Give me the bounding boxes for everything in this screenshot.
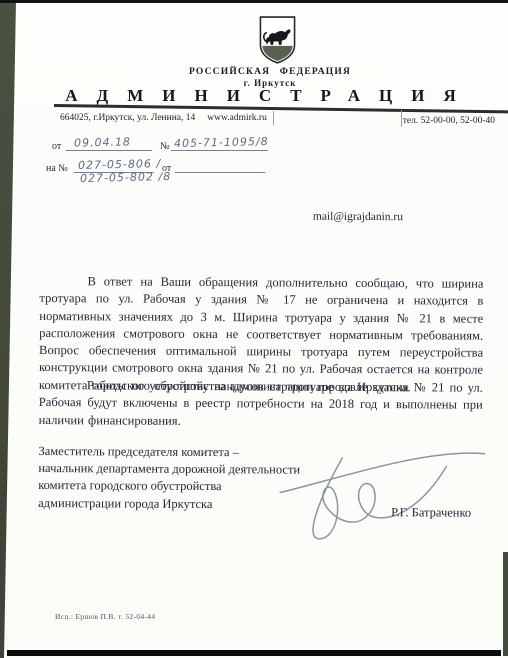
scan-edge-top — [0, 0, 508, 3]
irkutsk-coat-of-arms-icon — [258, 15, 297, 65]
signature-autograph — [274, 437, 490, 556]
reply-date-field — [175, 160, 265, 173]
signer-position: Заместитель председателя комитета – нача… — [38, 443, 300, 513]
reply-number-label: на № — [46, 163, 68, 174]
scanned-letter-page: РОССИЙСКАЯ ФЕДЕРАЦИЯ г. Иркутск АДМИНИСТ… — [0, 0, 508, 658]
executor-note: Исп.: Ершов П.В. т. 52-04-44 — [55, 612, 155, 621]
scan-edge-right — [503, 552, 508, 656]
shield-base — [262, 46, 292, 61]
signer-position-line: администрации города Иркутска — [38, 495, 300, 514]
scan-edge-bottom — [7, 650, 501, 656]
signer-position-line: начальник департамента дорожной деятельн… — [38, 460, 300, 479]
outgoing-date-label: от — [52, 141, 61, 152]
letterhead-address-line: 664025, г.Иркутск, ул. Ленина, 14www.adm… — [60, 113, 267, 123]
letterhead-organization: АДМИНИСТРАЦИЯ — [0, 86, 508, 106]
body-paragraph-2: Работы по устройству пандусов на тротуар… — [39, 377, 483, 432]
signer-position-line: комитета городского обустройства — [38, 477, 300, 496]
recipient-email: mail@igrajdanin.ru — [313, 211, 403, 224]
letterhead-country: РОССИЙСКАЯ ФЕДЕРАЦИЯ — [40, 67, 500, 77]
outgoing-number-value: 405-71-1095/8 — [174, 135, 269, 150]
divider — [273, 111, 274, 125]
outgoing-date-value: 09.04.18 — [74, 135, 131, 149]
outgoing-number-label: № — [160, 141, 170, 152]
signer-position-line: Заместитель председателя комитета – — [38, 443, 300, 462]
reply-number-value-line2: 027-05-802 /8 — [80, 170, 171, 185]
letterhead-address: 664025, г.Иркутск, ул. Ленина, 14 — [60, 113, 195, 123]
reply-date-label: от — [162, 163, 171, 174]
letterhead-website: www.admirk.ru — [207, 113, 267, 123]
letterhead-phone: тел. 52-00-00, 52-00-40 — [403, 116, 495, 126]
signer-name: Р.Г. Батраченко — [391, 505, 471, 520]
